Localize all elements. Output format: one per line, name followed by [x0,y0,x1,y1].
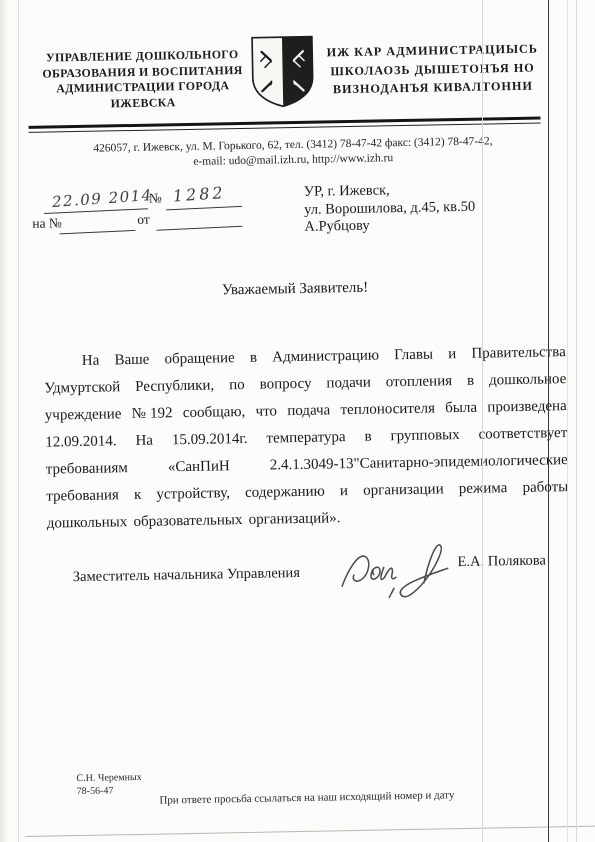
org-name-russian: УПРАВЛЕНИЕ ДОШКОЛЬНОГО ОБРАЗОВАНИЯ И ВОС… [27,47,258,113]
scan-streak [18,0,19,842]
letter-body: На Ваше обращение в Администрацию Главы … [44,339,569,538]
signer-name: Е.А. Полякова [457,552,546,571]
reply-to-label: на № [32,215,62,232]
org-contact-info: 426057, г. Ижевск, ул. М. Горького, 62, … [73,134,513,171]
salutation: Уважаемый Заявитель! [0,276,593,304]
scanned-letter-page: УПРАВЛЕНИЕ ДОШКОЛЬНОГО ОБРАЗОВАНИЯ И ВОС… [0,0,595,842]
number-underline [166,206,242,211]
org-right-line: ВИЗНОДАНЪЯ КИВАЛТОННИ [316,76,550,99]
executor-name: С.Н. Черемных [76,772,141,786]
scan-streak [482,0,483,842]
scan-streak [567,0,568,842]
letterhead-divider [29,116,541,132]
reply-to-underline [60,230,136,235]
page-bottom-edge [26,826,595,837]
from-underline [156,226,242,231]
letter-sheet: УПРАВЛЕНИЕ ДОШКОЛЬНОГО ОБРАЗОВАНИЯ И ВОС… [0,0,595,842]
scan-streak [576,0,577,842]
handwritten-date: 22.09 2014 [51,186,153,211]
number-sign: № [149,190,162,206]
scan-streak-dark [548,0,549,842]
handwritten-outgoing-number: 1282 [172,183,226,206]
handwritten-signature [335,530,463,604]
org-name-udmurt: ИЖ КАР АДМИНИСТРАЦИЫСЬ ШКОЛАОЗЬ ДЫШЕТОНЪ… [315,39,550,99]
izhevsk-coat-of-arms-icon [249,33,316,110]
signer-title: Заместитель начальника Управления [73,565,300,586]
recipient-block: УР, г. Ижевск, ул. Ворошилова, д.45, кв.… [304,179,560,236]
recipient-name: А.Рубцову [304,214,559,236]
from-label: от [137,212,150,228]
reference-block: 22.09 2014 № 1282 на № от [32,180,283,237]
